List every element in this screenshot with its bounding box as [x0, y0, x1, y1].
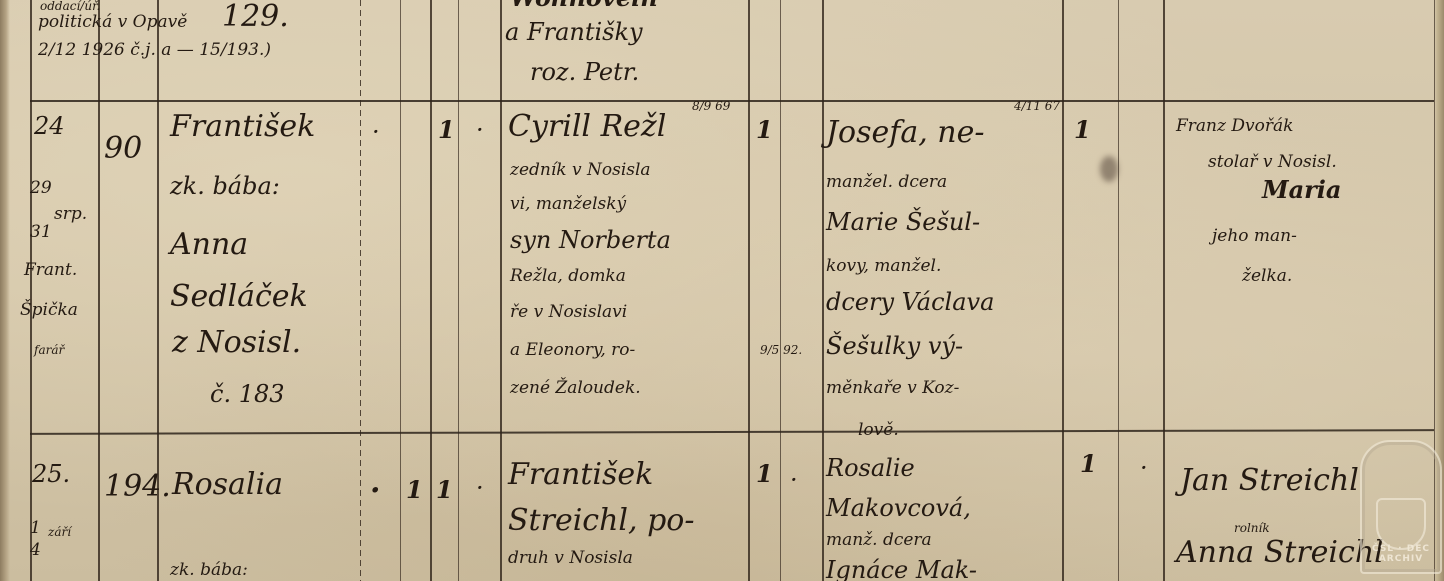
column-rule: [822, 0, 824, 581]
watermark-label: ČSL · DEC ARCHIV: [1364, 544, 1438, 564]
child-name: František: [170, 112, 315, 142]
midwife-label: zk. bába:: [170, 174, 280, 198]
father-text: vi, manželský: [510, 196, 626, 213]
father-text: zené Žaloudek.: [510, 380, 641, 397]
birth-month: srp.: [54, 206, 87, 223]
father-text: a Eleonory, ro-: [510, 342, 635, 359]
godparent-name: Maria: [1262, 178, 1341, 202]
mother-count: 1: [1080, 452, 1097, 476]
father-name: Cyrill Režl: [508, 112, 666, 142]
godparent-text: stolař v Nosisl.: [1208, 154, 1337, 171]
column-rule: [1163, 0, 1165, 581]
father-text: Streichl, po-: [508, 506, 695, 536]
mother-text: Šešulky vý-: [826, 334, 963, 358]
mother-text: měnkaře v Koz-: [826, 380, 959, 397]
mother-text: Makovcová,: [826, 496, 971, 520]
midwife-label: zk. bába:: [170, 562, 248, 579]
midwife-origin: z Nosisl.: [172, 328, 301, 358]
ink-stain: [1100, 156, 1118, 182]
birth-day: 1: [30, 520, 41, 537]
baptized-by: Špička: [20, 302, 78, 319]
parent-text: roz. Petr.: [530, 60, 639, 84]
column-rule: [400, 0, 401, 581]
godparent-text: želka.: [1242, 268, 1292, 285]
column-rule: [430, 0, 432, 581]
midwife-name: Anna: [170, 230, 248, 260]
birth-day: 29: [30, 180, 52, 197]
column-rule: [98, 0, 100, 581]
watermark-label-line2: ARCHIV: [1364, 554, 1438, 564]
father-birth-date: 8/9 69: [692, 100, 730, 112]
godparent-name: Anna Streichl: [1176, 538, 1384, 568]
annotation-text: 2/12 1926 č.j. a — 15/193.): [38, 42, 271, 59]
annotation-text: oddací/úř.: [40, 0, 100, 12]
mother-text: Ignáce Mak-: [826, 558, 977, 581]
baptized-by: Frant.: [24, 262, 77, 279]
page-binding: [0, 0, 10, 581]
coat-of-arms-icon: [1376, 498, 1426, 550]
margin-count: 1: [756, 118, 773, 142]
baptism-day: 31: [30, 224, 52, 241]
godparent-text: jeho man-: [1212, 228, 1297, 245]
midwife-name: Sedláček: [170, 282, 308, 312]
mother-text: kovy, manžel.: [826, 258, 941, 275]
column-rule: [30, 0, 32, 581]
margin-date: 9/5 92.: [760, 344, 802, 356]
dot-mark: ·: [476, 476, 484, 500]
dot-mark: ·: [370, 476, 380, 506]
column-rule: [458, 0, 459, 581]
parent-text: Wohnovein: [510, 0, 658, 10]
father-text: zedník v Nosisla: [510, 162, 651, 179]
archive-watermark-stamp: ČSL · DEC ARCHIV: [1360, 440, 1442, 574]
mother-text: manžel. dcera: [826, 174, 947, 191]
column-rule: [1062, 0, 1064, 581]
father-name: František: [508, 460, 653, 490]
dot-mark: ·: [790, 468, 798, 492]
child-name: Rosalia: [172, 470, 283, 500]
legitimacy-mark: ·: [476, 118, 484, 142]
entry-number: 25.: [32, 462, 70, 486]
mother-name: Josefa, ne-: [826, 118, 985, 148]
father-text: Režla, domka: [510, 268, 626, 285]
house-number: 194.: [104, 472, 171, 502]
column-rule: [780, 0, 781, 581]
father-count: 1: [756, 462, 773, 486]
birth-month: září: [48, 526, 71, 538]
row-rule: [30, 100, 1434, 102]
column-rule: [500, 0, 502, 581]
legitimacy-mark: 1: [436, 478, 453, 502]
dot-mark: ·: [1140, 456, 1148, 480]
column-rule: [360, 0, 361, 581]
mother-text: dcery Václava: [826, 290, 994, 314]
father-text: druh v Nosisla: [508, 550, 633, 567]
entry-number: 24: [34, 114, 65, 138]
midwife-house: č. 183: [210, 382, 285, 406]
mother-birth-date: 4/11 67: [1014, 100, 1060, 112]
house-number: 129.: [222, 2, 289, 32]
house-number: 90: [104, 134, 142, 164]
column-rule: [1118, 0, 1119, 581]
mother-text: manž. dcera: [826, 532, 932, 549]
mother-text: Marie Šešul-: [826, 210, 980, 234]
sex-male-count: 1: [438, 118, 455, 142]
mother-count: 1: [1074, 118, 1091, 142]
annotation-text: politická v Opavě: [38, 14, 187, 31]
mother-name: Rosalie: [826, 456, 915, 480]
father-text: syn Norberta: [510, 228, 671, 252]
parent-text: a Františky: [505, 20, 643, 44]
sex-female-count: 1: [406, 478, 423, 502]
watermark-label-line1: ČSL · DEC: [1364, 544, 1438, 554]
godparent-text: rolník: [1234, 522, 1270, 534]
column-rule: [748, 0, 750, 581]
dot-mark: ·: [372, 120, 380, 144]
mother-text: lově.: [858, 422, 899, 439]
baptized-by: farář: [34, 344, 64, 356]
father-text: ře v Nosislavi: [510, 304, 627, 321]
godparent-text: Franz Dvořák: [1176, 118, 1293, 135]
godparent-name: Jan Streichl: [1180, 466, 1359, 496]
baptism-day: 4: [30, 542, 41, 559]
